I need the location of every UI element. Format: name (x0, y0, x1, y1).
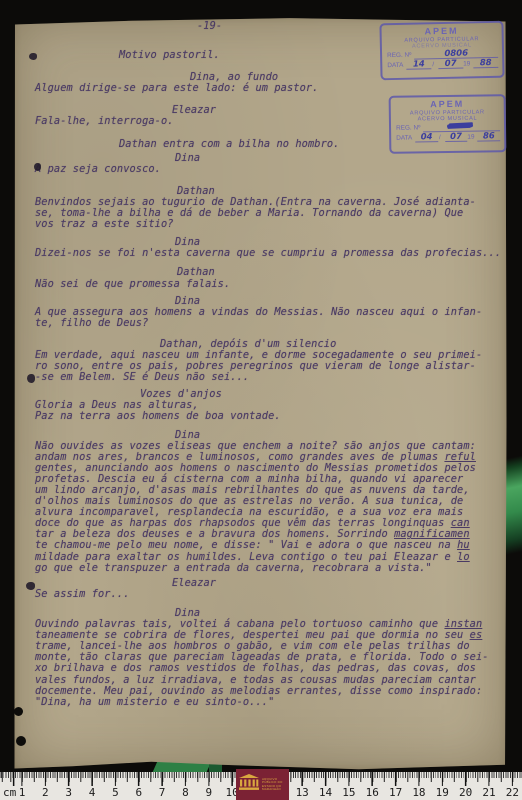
typed-line: "Dina, ha um misterio e eu sinto-o..." (35, 696, 513, 707)
ruler-number: 5 (112, 786, 119, 799)
typed-line: gentes, anunciando aos homens o nascimen… (35, 462, 513, 473)
stamp-year-printed: 19 (467, 134, 474, 142)
typed-line: vales fundos, a luz irradiava, e todas a… (35, 674, 513, 685)
typed-line: tar a beleza dos deuses e a bravura dos … (35, 528, 513, 539)
archive-logo-block: ARQUIVO PÚBLICO DO ESTADO DO MARANHÃO (236, 769, 289, 800)
typed-line: Em verdade, aqui nasceu um infante, e do… (35, 349, 513, 360)
ruler-number: 22 (506, 786, 519, 799)
typed-line: Dina (175, 236, 513, 247)
ruler-number: 7 (159, 786, 166, 799)
stamp-date-year: 86 (477, 132, 500, 141)
ruler-number: 15 (342, 786, 355, 799)
ruler-unit-label: cm (3, 786, 16, 799)
typed-line: A paz seja convosco. (35, 163, 513, 174)
stamp-year-printed: 19 (463, 60, 470, 68)
typed-line: go que ele transpuzer a entrada da caver… (35, 562, 513, 573)
ink-blot (27, 374, 35, 383)
typed-line: Ouvindo palavras tais, voltei á cabana p… (35, 618, 513, 629)
typed-line: Dina (175, 607, 513, 618)
archive-logo-text: ARQUIVO PÚBLICO DO ESTADO DO MARANHÃO (262, 778, 287, 792)
ruler-number: 3 (65, 786, 72, 799)
typed-line: mildade para exaltar os humildes. Leva c… (35, 551, 513, 562)
typed-line: doce do que as harpas dos rhapsodos que … (35, 517, 513, 528)
archive-stamp-1: APEM ARQUIVO PARTICULAR ACERVO MUSICAL R… (379, 21, 504, 81)
typed-line: Dizei-nos se foi n'esta caverna que se c… (35, 247, 513, 258)
typed-line: Dina (175, 429, 513, 440)
typed-line: Se assim for... (35, 588, 513, 599)
typed-line: Não ouvides as vozes eliseas que enchem … (35, 440, 513, 451)
typed-line: A que assegura aos homens a vindas do Me… (35, 306, 513, 317)
typed-line: Alguem dirige-se para este lado: é um pa… (35, 82, 513, 93)
ruler-number: 21 (482, 786, 495, 799)
stamp-date-slash: / (431, 61, 435, 69)
ruler-number: 2 (42, 786, 49, 799)
stamp-date-day: 14 (406, 60, 431, 70)
ruler-number: 4 (89, 786, 96, 799)
ink-blot (26, 582, 35, 590)
typed-line: monte, tão claras que pareciam lageadas … (35, 651, 513, 662)
typed-line: profetas. Descia eu á cisterna com a min… (35, 473, 513, 484)
typed-line: ro sono, entre os pais, pobres peregrino… (35, 360, 513, 371)
archive-building-icon (238, 774, 260, 795)
typed-line: se, toma-lhe a bilha e dá de beber a Mar… (35, 207, 513, 218)
ruler-number: 17 (389, 786, 402, 799)
typed-line: Benvindos sejais ao tugurio de Dathan.(E… (35, 196, 513, 207)
punch-hole (14, 707, 23, 716)
stamp-date-month: 07 (438, 60, 463, 70)
typed-line: Não sei de que promessa falais. (35, 278, 513, 289)
ruler-number: 9 (205, 786, 212, 799)
ruler-number: 8 (182, 786, 189, 799)
typed-line: vos traz a este sitio? (35, 218, 513, 229)
stamp-date-year: 88 (473, 59, 498, 69)
typed-line: um lindo arcanjo, d'asas mais rebrilhant… (35, 484, 513, 495)
ruler-number: 1 (19, 786, 26, 799)
typed-line: Dathan (177, 185, 513, 196)
ruler-number: 14 (319, 786, 332, 799)
ruler-number: 19 (436, 786, 449, 799)
typed-line: Dathan, depóis d'um silencio (160, 338, 513, 349)
typed-line: d'olhos mais luminosos do que as estrela… (35, 495, 513, 506)
stamp-reg-label: REG. Nº (396, 124, 420, 132)
stamp-date-month: 07 (445, 133, 468, 142)
ink-blot (34, 163, 41, 171)
ruler-number: 6 (135, 786, 142, 799)
ruler-number: 20 (459, 786, 472, 799)
typed-line: te, filho de Deus? (35, 317, 513, 328)
typed-line: Paz na terra aos homens de boa vontade. (35, 410, 513, 421)
typed-line: andam nos ares, brancos e luminosos, com… (35, 451, 513, 462)
typed-line: Dina (175, 152, 513, 163)
stamp-date-label: DATA (387, 62, 403, 70)
stamp-date-day: 04 (415, 133, 438, 142)
ruler-number: 16 (366, 786, 379, 799)
typed-line: Dathan (177, 266, 513, 277)
stamp-reg-label: REG. Nº (387, 52, 412, 61)
typed-line: Dina (175, 295, 513, 306)
ink-blot (29, 53, 37, 60)
scan-background: { "document": { "kind": "typewritten man… (0, 0, 522, 800)
typed-line: Vozes d'anjos (140, 388, 513, 399)
typed-line: docemente. Meu pai, ouvindo as melodias … (35, 685, 513, 696)
typed-line: trame, lancei-lhe aos hombros o gabão, e… (35, 640, 513, 651)
ruler-number: 18 (412, 786, 425, 799)
typed-line: Gloria a Deus nas alturas, (35, 399, 513, 410)
typed-line: xo brilhava e dos ramos vestidos de folh… (35, 662, 513, 673)
typed-line: te chamou-me pelo meu nome, e disse: " V… (35, 539, 513, 550)
typed-line: Eleazar (172, 577, 513, 588)
typed-line: alvura incomparavel, resplandecia na esc… (35, 506, 513, 517)
typed-line: -se em Belem. SE é Deus não sei... (35, 371, 513, 382)
archive-stamp-2: APEM ARQUIVO PARTICULAR ACERVO MUSICAL R… (389, 94, 507, 154)
stamp-date-slash: / (438, 134, 442, 142)
typed-line: taneamente se cobrira de flores, despert… (35, 629, 513, 640)
scribble-mark (447, 123, 473, 128)
punch-hole (16, 736, 26, 746)
stamp-date-label: DATA (396, 134, 412, 142)
ruler-number: 13 (296, 786, 309, 799)
